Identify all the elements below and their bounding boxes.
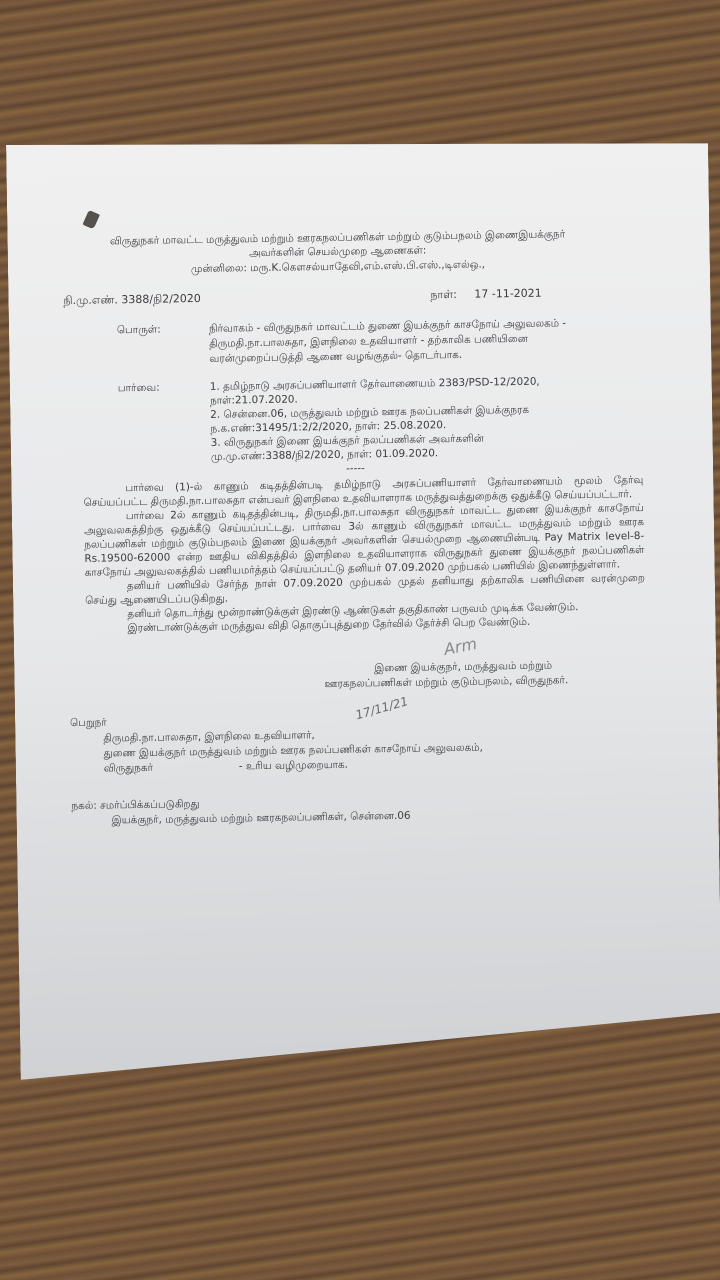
subject-line: வரன்முறைப்படுத்தி ஆணை வழங்குதல்- தொடர்பா… [209, 348, 462, 366]
date-label: நாள்: [430, 288, 457, 301]
document-date: நாள்: 17 -11-2021 [430, 287, 542, 303]
handwritten-initials: 17/11/21 [354, 694, 410, 722]
body-text: பார்வை (1)-ல் காணும் கடிதத்தின்படி தமிழ்… [83, 473, 645, 636]
punch-hole [82, 210, 99, 230]
references-label: பார்வை: [118, 381, 160, 396]
date-value: 17 -11-2021 [474, 287, 542, 301]
signatory-line-2: ஊரகநலப்பணிகள் மற்றும் குடும்பநலம், விருத… [324, 673, 568, 691]
body-paragraph: பார்வை 2ல் காணும் கடிதத்தின்படி, திருமதி… [84, 501, 645, 580]
recipient-line: விருதுநகர் - உரிய வழிமுறையாக. [104, 758, 348, 776]
reference-number: நி.மு.எண். 3388/நி2/2020 [63, 292, 201, 308]
reference-line: நாள்:21.07.2020. [210, 392, 298, 407]
signatory-line-1: இணை இயக்குநர், மருத்துவம் மற்றும் [374, 658, 552, 675]
reference-line: மு.மு.எண்:3388/நி2/2020, நாள்: 01.09.202… [211, 446, 438, 464]
recipient-label: பெறுநர் [70, 715, 107, 730]
handwritten-signature: Arm [443, 637, 478, 657]
reference-line: 1. தமிழ்நாடு அரசுப்பணியாளர் தேர்வாணையம் … [210, 375, 540, 394]
subject-label: பொருள்: [117, 323, 161, 338]
document-page: விருதுநகர் மாவட்ட மருத்துவம் மற்றும் ஊரக… [6, 134, 720, 1080]
separator: ----- [346, 461, 365, 475]
copy-label: நகல்: சமர்ப்பிக்கப்படுகிறது [71, 797, 199, 813]
